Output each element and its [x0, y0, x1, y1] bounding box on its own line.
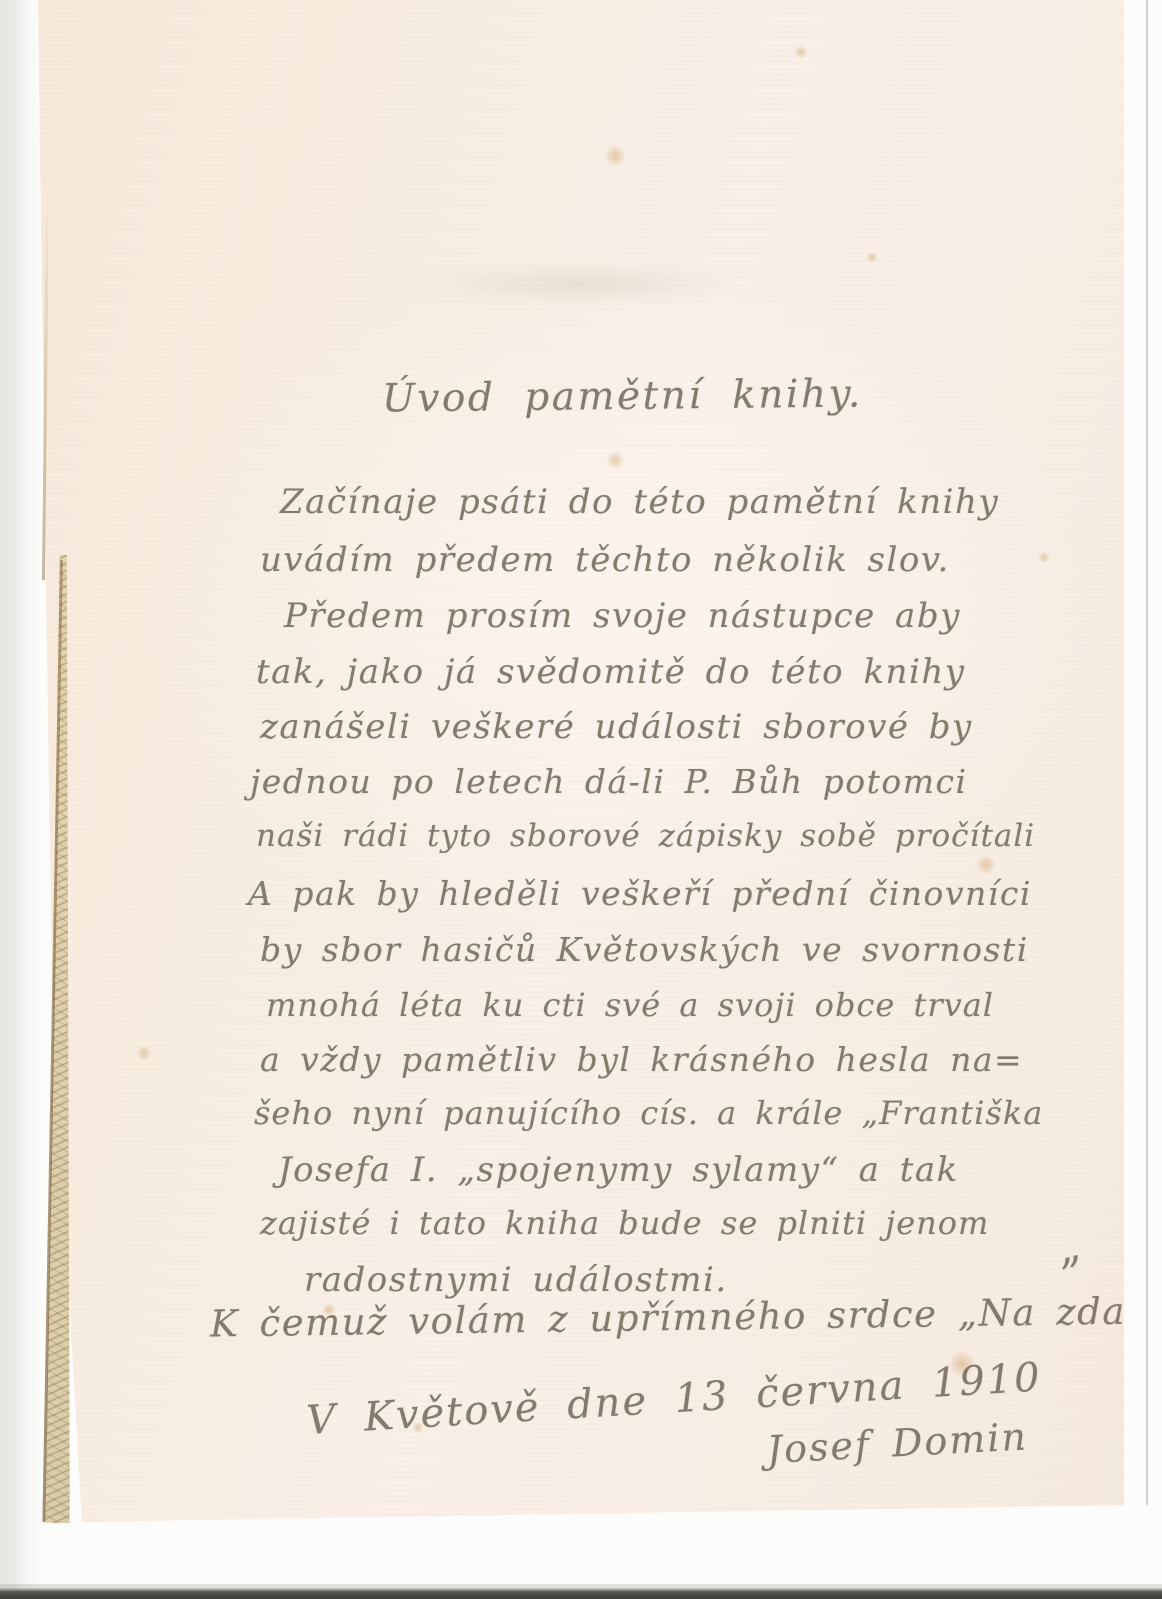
handwriting-line: radostnymi událostmi. — [304, 1260, 728, 1300]
handwriting-line: Předem prosím svoje nástupce aby — [284, 596, 961, 636]
signature: Josef Domin — [766, 1414, 1029, 1472]
under-sheet-seam — [1146, 0, 1148, 1505]
handwriting-line: zajisté i tato kniha bude se plniti jeno… — [260, 1204, 989, 1242]
handwriting-line: jednou po letech dá-li P. Bůh potomci — [250, 762, 968, 801]
closing-quote-mark: „ — [1050, 1220, 1086, 1275]
foxing-spot — [866, 252, 878, 263]
book-page: Úvod pamětní knihy. Začínaje psáti do té… — [0, 0, 1124, 1522]
letter-title: Úvod pamětní knihy. — [382, 371, 863, 421]
foxing-spot — [136, 1046, 152, 1060]
foxing-spot — [794, 46, 808, 58]
scanner-bottom-edge — [0, 1588, 1162, 1599]
handwriting-line: Josefa I. „spojenymy sylamy“ a tak — [278, 1150, 959, 1190]
foxing-spot — [1038, 552, 1050, 563]
handwriting-line: mnohá léta ku cti své a svoji obce trval — [266, 986, 994, 1024]
foxing-spot — [976, 856, 996, 874]
handwriting-line: zanášeli veškeré události sborové by — [260, 707, 973, 747]
foxing-spot — [604, 146, 626, 166]
scanned-document: Úvod pamětní knihy. Začínaje psáti do té… — [0, 0, 1162, 1599]
handwriting-line: naši rádi tyto sborové zápisky sobě proč… — [256, 818, 1035, 854]
ink-showthrough — [420, 262, 740, 306]
handwriting-line: A pak by hleděli veškeří přední činovníc… — [248, 874, 1032, 913]
handwriting-line: uvádím předem těchto několik slov. — [260, 540, 950, 580]
handwriting-line: Začínaje psáti do této pamětní knihy — [280, 482, 999, 522]
foxing-spot — [606, 452, 624, 468]
handwriting-line: a vždy pamětliv byl krásného hesla na= — [260, 1040, 1023, 1079]
handwriting-line: tak, jako já svědomitě do této knihy — [256, 652, 965, 692]
handwriting-line: by sbor hasičů Květovských ve svornosti — [260, 930, 1029, 969]
handwriting-line: šeho nyní panujícího cís. a krále „Frant… — [254, 1094, 1043, 1132]
